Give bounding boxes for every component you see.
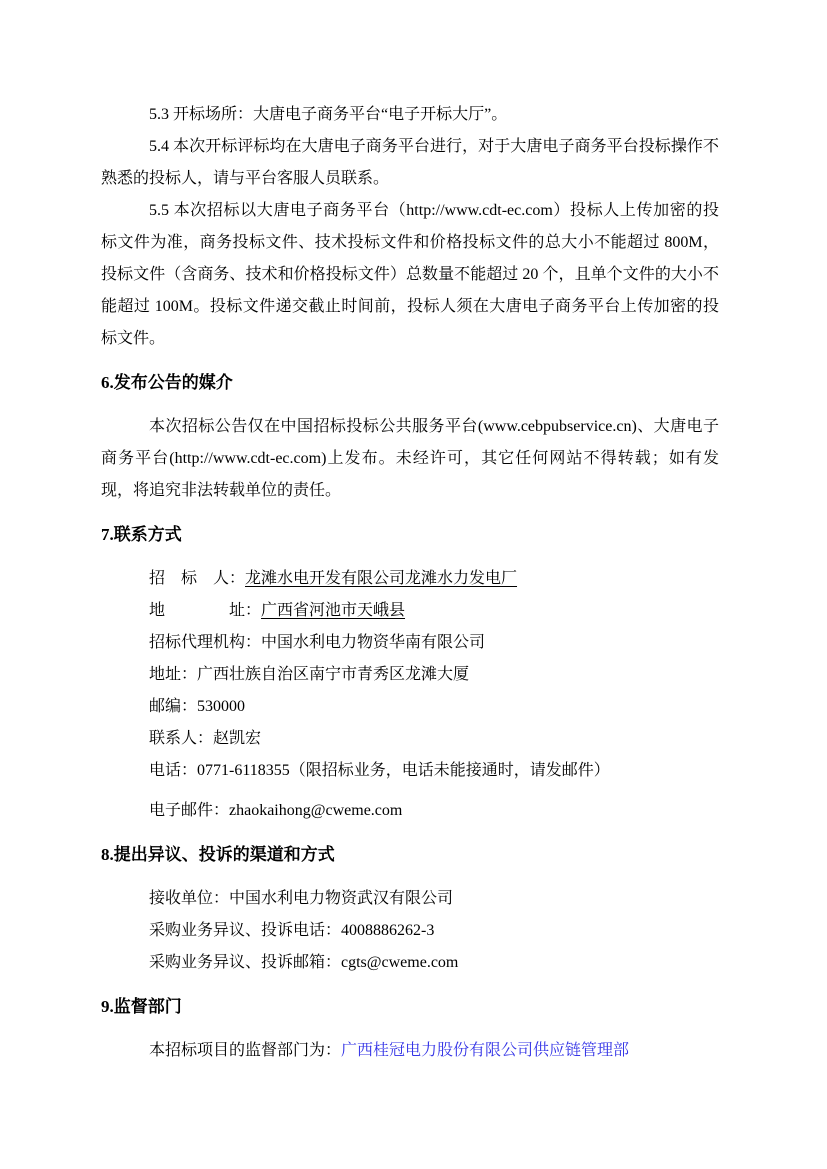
complaint-phone-line: 采购业务异议、投诉电话：4008886262-3 xyxy=(101,915,719,947)
supervision-department-link[interactable]: 广西桂冠电力股份有限公司供应链管理部 xyxy=(341,1042,629,1059)
supervision-line: 本招标项目的监督部门为：广西桂冠电力股份有限公司供应链管理部 xyxy=(101,1035,719,1067)
paragraph-5-3: 5.3 开标场所：大唐电子商务平台“电子开标大厅”。 xyxy=(101,99,719,131)
agency-address-line: 地址：广西壮族自治区南宁市青秀区龙滩大厦 xyxy=(101,659,719,691)
complaint-receiver-line: 接收单位：中国水利电力物资武汉有限公司 xyxy=(101,883,719,915)
paragraph-5-5: 5.5 本次招标以大唐电子商务平台（http://www.cdt-ec.com）… xyxy=(101,195,719,355)
document-page: 5.3 开标场所：大唐电子商务平台“电子开标大厅”。 5.4 本次开标评标均在大… xyxy=(0,0,827,1169)
section-6-heading: 6.发布公告的媒介 xyxy=(101,367,719,399)
email-line: 电子邮件：zhaokaihong@cweme.com xyxy=(101,795,719,827)
tenderer-label: 招 标 人： xyxy=(149,570,245,587)
section-7-heading: 7.联系方式 xyxy=(101,519,719,551)
section-6-body: 本次招标公告仅在中国招标投标公共服务平台(www.cebpubservice.c… xyxy=(101,411,719,507)
tenderer-line: 招 标 人：龙滩水电开发有限公司龙滩水力发电厂 xyxy=(101,563,719,595)
section-8-heading: 8.提出异议、投诉的渠道和方式 xyxy=(101,839,719,871)
tenderer-address-value: 广西省河池市天峨县 xyxy=(261,602,405,619)
postcode-line: 邮编：530000 xyxy=(101,691,719,723)
paragraph-5-4: 5.4 本次开标评标均在大唐电子商务平台进行，对于大唐电子商务平台投标操作不熟悉… xyxy=(101,131,719,195)
tenderer-address-line: 地 址：广西省河池市天峨县 xyxy=(101,595,719,627)
tenderer-address-label: 地 址： xyxy=(149,602,261,619)
agency-line: 招标代理机构：中国水利电力物资华南有限公司 xyxy=(101,627,719,659)
section-9-heading: 9.监督部门 xyxy=(101,991,719,1023)
complaint-email-line: 采购业务异议、投诉邮箱：cgts@cweme.com xyxy=(101,947,719,979)
phone-line: 电话：0771-6118355（限招标业务，电话未能接通时，请发邮件） xyxy=(101,755,719,787)
contact-person-line: 联系人：赵凯宏 xyxy=(101,723,719,755)
supervision-lead: 本招标项目的监督部门为： xyxy=(149,1042,341,1059)
tenderer-value: 龙滩水电开发有限公司龙滩水力发电厂 xyxy=(245,570,517,587)
